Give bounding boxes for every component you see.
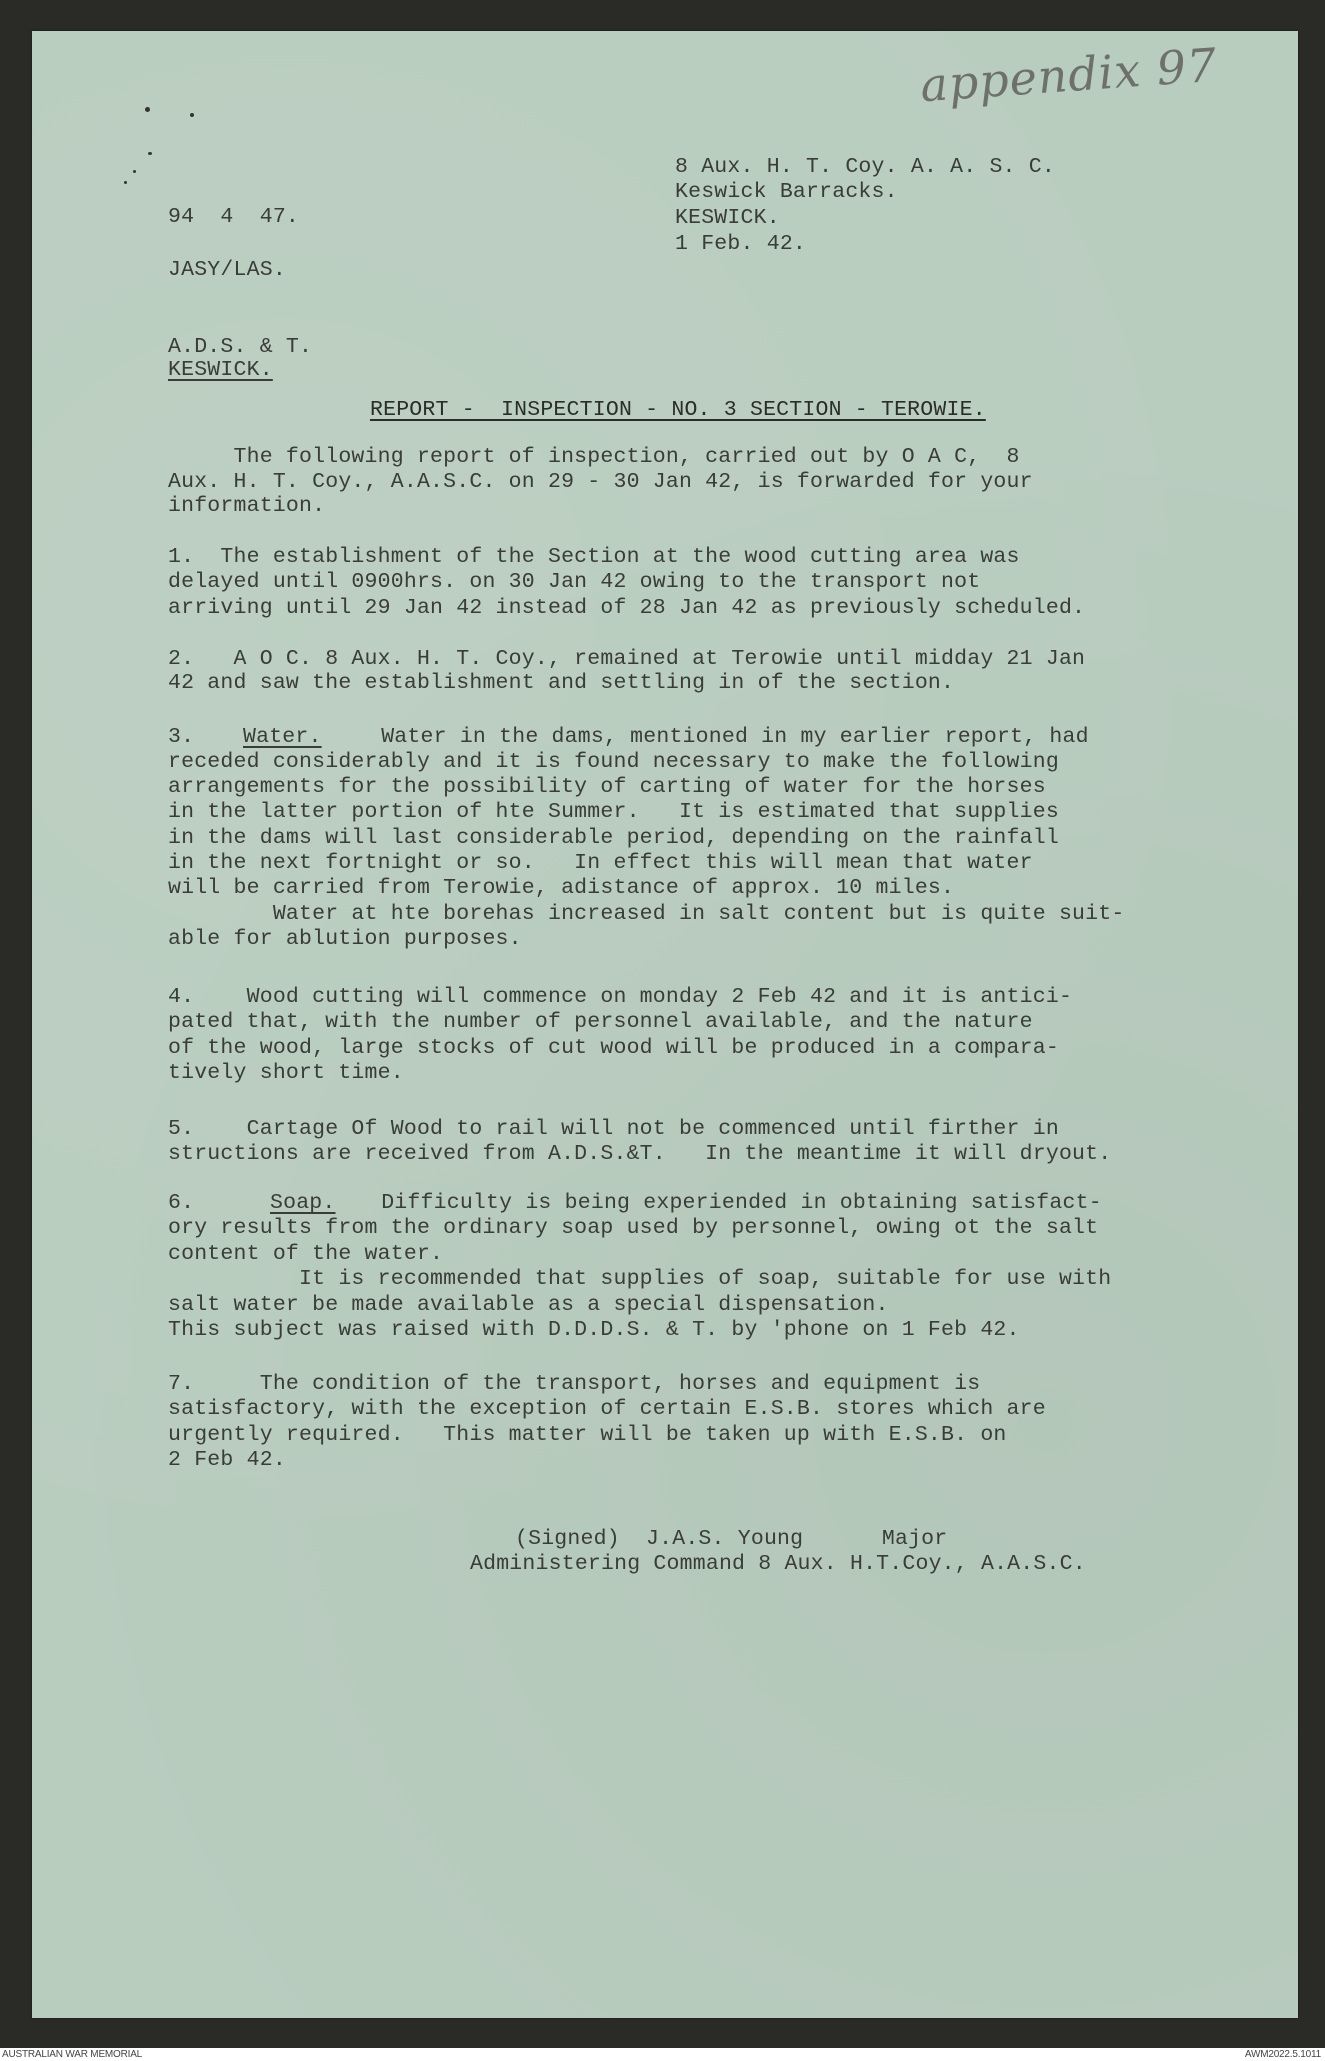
intro-line: The following report of inspection, carr… — [168, 445, 1020, 470]
section-3-line: able for ablution purposes. — [168, 927, 522, 952]
section-3-line: Water in the dams, mentioned in my earli… — [355, 725, 1089, 750]
section-7-line: satisfactory, with the exception of cert… — [168, 1397, 1046, 1422]
section-6-line: content of the water. — [168, 1242, 443, 1267]
sender-line-2: Keswick Barracks. — [675, 180, 898, 205]
section-4-line: of the wood, large stocks of cut wood wi… — [168, 1036, 1059, 1061]
section-3-line: in the dams will last considerable perio… — [168, 826, 1059, 851]
reference-number: 94 4 47. — [168, 205, 299, 230]
signature-title: Administering Command 8 Aux. H.T.Coy., A… — [470, 1552, 1086, 1577]
section-5-line: structions are received from A.D.S.&T. I… — [168, 1142, 1111, 1167]
addressee-line-1: A.D.S. & T. — [168, 335, 312, 360]
intro-line: Aux. H. T. Coy., A.A.S.C. on 29 - 30 Jan… — [168, 470, 1033, 495]
section-4-line: tively short time. — [168, 1061, 404, 1086]
punch-mark — [190, 113, 194, 117]
section-6-line: This subject was raised with D.D.D.S. & … — [168, 1318, 1020, 1343]
sender-line-3: KESWICK. — [675, 206, 780, 231]
section-7-line: 7. The condition of the transport, horse… — [168, 1372, 980, 1397]
section-6-line: It is recommended that supplies of soap,… — [168, 1267, 1111, 1292]
section-3-heading: Water. — [243, 725, 322, 750]
punch-mark — [145, 107, 150, 112]
section-3-line: in the next fortnight or so. In effect t… — [168, 851, 1033, 876]
section-6-number: 6. — [168, 1191, 194, 1216]
section-6-line: salt water be made available as a specia… — [168, 1293, 889, 1318]
sender-date: 1 Feb. 42. — [675, 232, 806, 257]
punch-mark — [124, 181, 127, 184]
section-3-number: 3. — [168, 725, 194, 750]
report-title: REPORT - INSPECTION - NO. 3 SECTION - TE… — [370, 398, 986, 423]
section-3-line: in the latter portion of hte Summer. It … — [168, 800, 1059, 825]
reference-code: JASY/LAS. — [168, 258, 286, 283]
section-3-line: arrangements for the possibility of cart… — [168, 775, 1046, 800]
addressee-line-2: KESWICK. — [168, 358, 273, 383]
section-6-line: ory results from the ordinary soap used … — [168, 1216, 1098, 1241]
section-5-line: 5. Cartage Of Wood to rail will not be c… — [168, 1117, 1059, 1142]
section-7-line: urgently required. This matter will be t… — [168, 1423, 1007, 1448]
footer-catalogue-id: AWM2022.5.1011 — [1245, 2049, 1321, 2060]
section-3-line: receded considerably and it is found nec… — [168, 750, 1059, 775]
signature-line: (Signed) J.A.S. Young Major — [515, 1527, 947, 1552]
section-1-line: arriving until 29 Jan 42 instead of 28 J… — [168, 596, 1085, 621]
section-6-line: Difficulty is being experiended in obtai… — [355, 1191, 1102, 1216]
section-1-line: 1. The establishment of the Section at t… — [168, 545, 1020, 570]
section-2-line: 2. A O C. 8 Aux. H. T. Coy., remained at… — [168, 647, 1085, 672]
section-2-line: 42 and saw the establishment and settlin… — [168, 671, 954, 696]
section-4-line: 4. Wood cutting will commence on monday … — [168, 985, 1072, 1010]
intro-line: information. — [168, 494, 325, 519]
punch-mark — [148, 152, 152, 155]
sender-line-1: 8 Aux. H. T. Coy. A. A. S. C. — [675, 155, 1055, 180]
section-4-line: pated that, with the number of personnel… — [168, 1010, 1033, 1035]
section-7-line: 2 Feb 42. — [168, 1448, 286, 1473]
section-3-line: will be carried from Terowie, adistance … — [168, 876, 954, 901]
section-3-line: Water at hte borehas increased in salt c… — [168, 902, 1124, 927]
section-1-line: delayed until 0900hrs. on 30 Jan 42 owin… — [168, 570, 980, 595]
section-6-heading: Soap. — [270, 1191, 336, 1216]
footer-institution: AUSTRALIAN WAR MEMORIAL — [2, 2049, 142, 2060]
punch-mark — [133, 170, 136, 173]
